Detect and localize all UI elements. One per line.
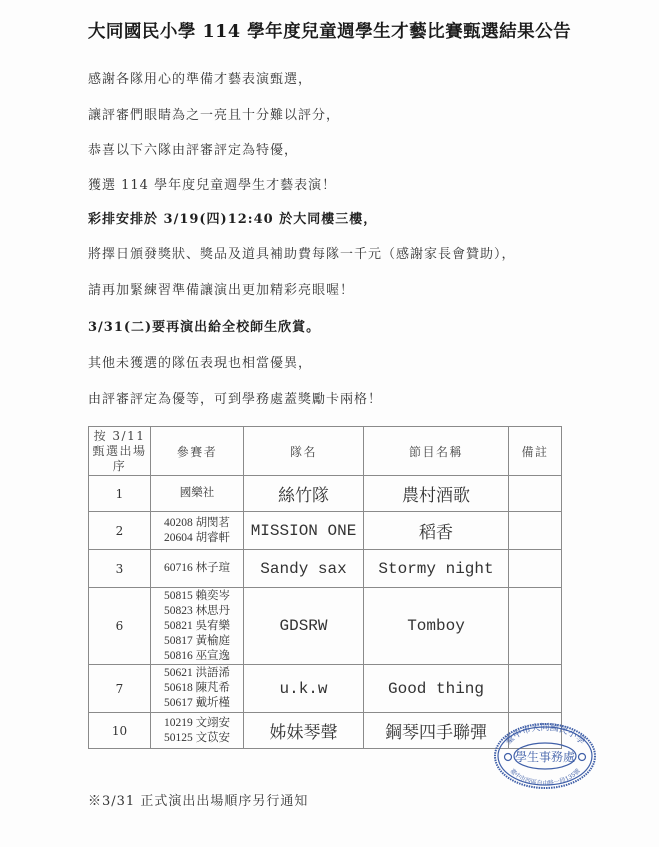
row-notes [509, 550, 562, 588]
paragraph-rehearsal: 彩排安排於 3/19(四)12:40 於大同樓三樓， [88, 208, 377, 227]
header-order-line3: 序 [113, 459, 127, 473]
row-members: 10219 文翊安 50125 文苡安 [151, 713, 244, 749]
paragraph-1: 感謝各隊用心的準備才藝表演甄選， [88, 68, 312, 87]
header-order: 按 3/11 甄選出場 序 [89, 427, 151, 476]
header-members: 參賽者 [151, 427, 244, 476]
header-notes: 備註 [509, 427, 562, 476]
row-program: 鋼琴四手聯彈 [364, 713, 509, 749]
table-row: 1 國樂社 絲竹隊 農村酒歌 [89, 476, 562, 512]
table-row: 7 50621 洪語浠 50618 陳芃希 50617 戴圻槿 u.k.w Go… [89, 665, 562, 713]
row-notes [509, 665, 562, 713]
row-team: u.k.w [244, 665, 364, 713]
member: 50618 陳芃希 [151, 681, 243, 696]
row-program: Tomboy [364, 588, 509, 665]
row-team: Sandy sax [244, 550, 364, 588]
table-row: 10 10219 文翊安 50125 文苡安 姊妹琴聲 鋼琴四手聯彈 [89, 713, 562, 749]
row-order: 3 [89, 550, 151, 588]
paragraph-2: 讓評審們眼睛為之一亮且十分難以評分， [88, 104, 340, 123]
member: 50621 洪語浠 [151, 666, 243, 681]
paragraph-10: 由評審評定為優等，可到學務處蓋獎勵卡兩格！ [88, 388, 382, 407]
table-row: 3 60716 林子瑄 Sandy sax Stormy night [89, 550, 562, 588]
member: 10219 文翊安 [151, 716, 243, 731]
member: 40208 胡閔茗 [151, 516, 243, 531]
table-row: 6 50815 賴奕岑 50823 林思丹 50821 吳宥樂 50817 黃榆… [89, 588, 562, 665]
header-team: 隊名 [244, 427, 364, 476]
row-team: MISSION ONE [244, 512, 364, 550]
member: 50816 巫宣逸 [151, 649, 243, 664]
row-order: 1 [89, 476, 151, 512]
table-row: 2 40208 胡閔茗 20604 胡睿軒 MISSION ONE 稻香 [89, 512, 562, 550]
row-order: 2 [89, 512, 151, 550]
row-program: Stormy night [364, 550, 509, 588]
member: 國樂社 [151, 486, 243, 501]
row-members: 60716 林子瑄 [151, 550, 244, 588]
paragraph-6: 將擇日頒發獎狀、獎品及道具補助費每隊一千元（感謝家長會贊助）， [88, 243, 516, 262]
member: 60716 林子瑄 [151, 561, 243, 576]
header-order-line1: 按 3/11 [94, 429, 146, 443]
row-notes [509, 512, 562, 550]
paragraph-4: 獲選 114 學年度兒童週學生才藝表演！ [88, 174, 336, 193]
row-program: Good thing [364, 665, 509, 713]
row-team: 姊妹琴聲 [244, 713, 364, 749]
row-members: 40208 胡閔茗 20604 胡睿軒 [151, 512, 244, 550]
seal-icon: 臺中市大同國民小學 學生事務處 臺中市西區自由路一段135號 [492, 720, 598, 790]
row-team: GDSRW [244, 588, 364, 665]
table-header-row: 按 3/11 甄選出場 序 參賽者 隊名 節目名稱 備註 [89, 427, 562, 476]
paragraph-9: 其他未獲選的隊伍表現也相當優異， [88, 352, 312, 371]
member: 20604 胡睿軒 [151, 531, 243, 546]
member: 50823 林思丹 [151, 604, 243, 619]
paragraph-3: 恭喜以下六隊由評審評定為特優， [88, 139, 298, 158]
footnote: ※3/31 正式演出出場順序另行通知 [88, 790, 308, 809]
row-members: 國樂社 [151, 476, 244, 512]
paragraph-7: 請再加緊練習準備讓演出更加精彩亮眼喔！ [88, 279, 354, 298]
row-order: 7 [89, 665, 151, 713]
header-program: 節目名稱 [364, 427, 509, 476]
row-program: 農村酒歌 [364, 476, 509, 512]
svg-text:學生事務處: 學生事務處 [515, 749, 575, 764]
office-seal-stamp: 臺中市大同國民小學 學生事務處 臺中市西區自由路一段135號 [492, 720, 598, 790]
member: 50125 文苡安 [151, 731, 243, 746]
member: 50815 賴奕岑 [151, 589, 243, 604]
row-notes [509, 588, 562, 665]
row-order: 6 [89, 588, 151, 665]
row-program: 稻香 [364, 512, 509, 550]
row-members: 50621 洪語浠 50618 陳芃希 50617 戴圻槿 [151, 665, 244, 713]
page-title: 大同國民小學 114 學年度兒童週學生才藝比賽甄選結果公告 [0, 18, 659, 43]
row-members: 50815 賴奕岑 50823 林思丹 50821 吳宥樂 50817 黃榆庭 … [151, 588, 244, 665]
member: 50821 吳宥樂 [151, 619, 243, 634]
row-team: 絲竹隊 [244, 476, 364, 512]
member: 50817 黃榆庭 [151, 634, 243, 649]
row-notes [509, 476, 562, 512]
member: 50617 戴圻槿 [151, 696, 243, 711]
paragraph-performance-date: 3/31(二)要再演出給全校師生欣賞。 [88, 316, 320, 335]
row-order: 10 [89, 713, 151, 749]
results-table: 按 3/11 甄選出場 序 參賽者 隊名 節目名稱 備註 1 國樂社 絲竹隊 農… [88, 426, 562, 749]
header-order-line2: 甄選出場 [92, 444, 146, 458]
